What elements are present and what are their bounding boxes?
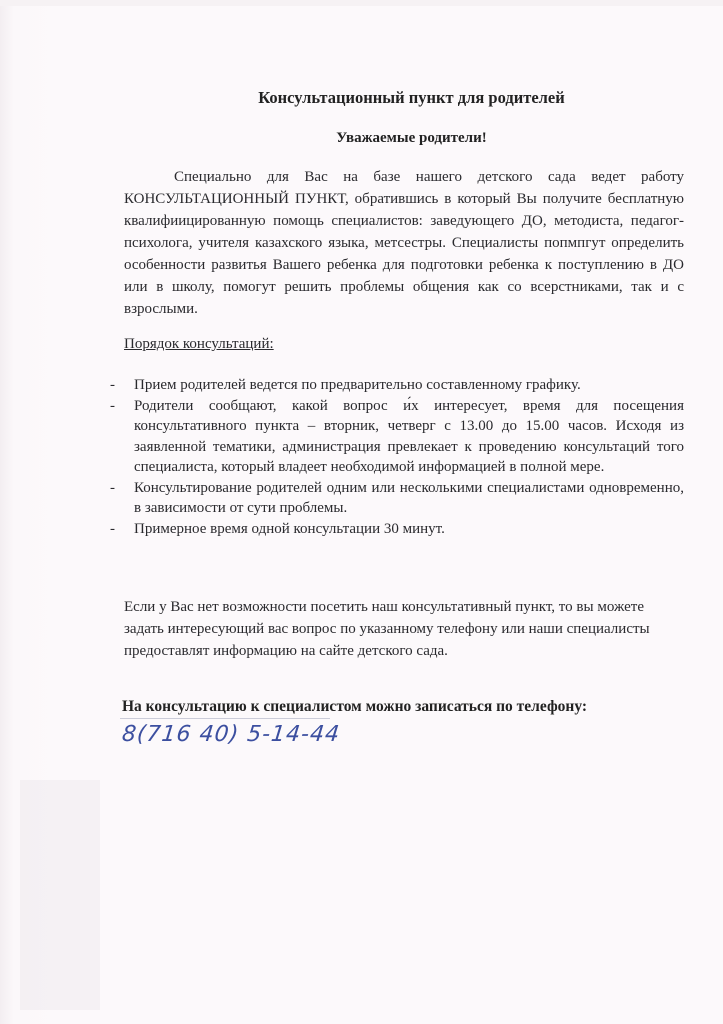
underline-mark — [120, 718, 330, 719]
bullet-dash: - — [110, 396, 115, 417]
scan-edge — [0, 0, 723, 6]
closing-paragraph: Если у Вас нет возможности посетить наш … — [124, 596, 654, 662]
procedure-heading: Порядок консультаций: — [124, 336, 274, 353]
procedure-list: - Прием родителей ведется по предварител… — [110, 375, 684, 539]
bullet-dash: - — [110, 478, 115, 499]
bullet-dash: - — [110, 519, 115, 540]
list-item: - Прием родителей ведется по предварител… — [110, 375, 684, 396]
list-item-text: Примерное время одной консультации 30 ми… — [134, 521, 445, 537]
list-item: - Консультирование родителей одним или н… — [110, 478, 684, 519]
bullet-dash: - — [110, 375, 115, 396]
list-item: - Родители сообщают, какой вопрос и́х ин… — [110, 396, 684, 478]
scan-artifact — [20, 780, 100, 1010]
list-item-text: Прием родителей ведется по предварительн… — [134, 377, 581, 393]
document-title: Консультационный пункт для родителей — [0, 88, 723, 108]
intro-paragraph: Специально для Вас на базе нашего детско… — [124, 166, 684, 320]
greeting: Уважаемые родители! — [0, 130, 723, 147]
scanned-page: Консультационный пункт для родителей Ува… — [0, 0, 723, 1024]
handwritten-phone-number: 8(716 40) 5-14-44 — [121, 722, 342, 747]
list-item: - Примерное время одной консультации 30 … — [110, 519, 684, 540]
list-item-text: Родители сообщают, какой вопрос и́х инте… — [134, 398, 684, 476]
list-item-text: Консультирование родителей одним или нес… — [134, 480, 684, 517]
signup-text: На консультацию к специалистом можно зап… — [122, 698, 587, 716]
